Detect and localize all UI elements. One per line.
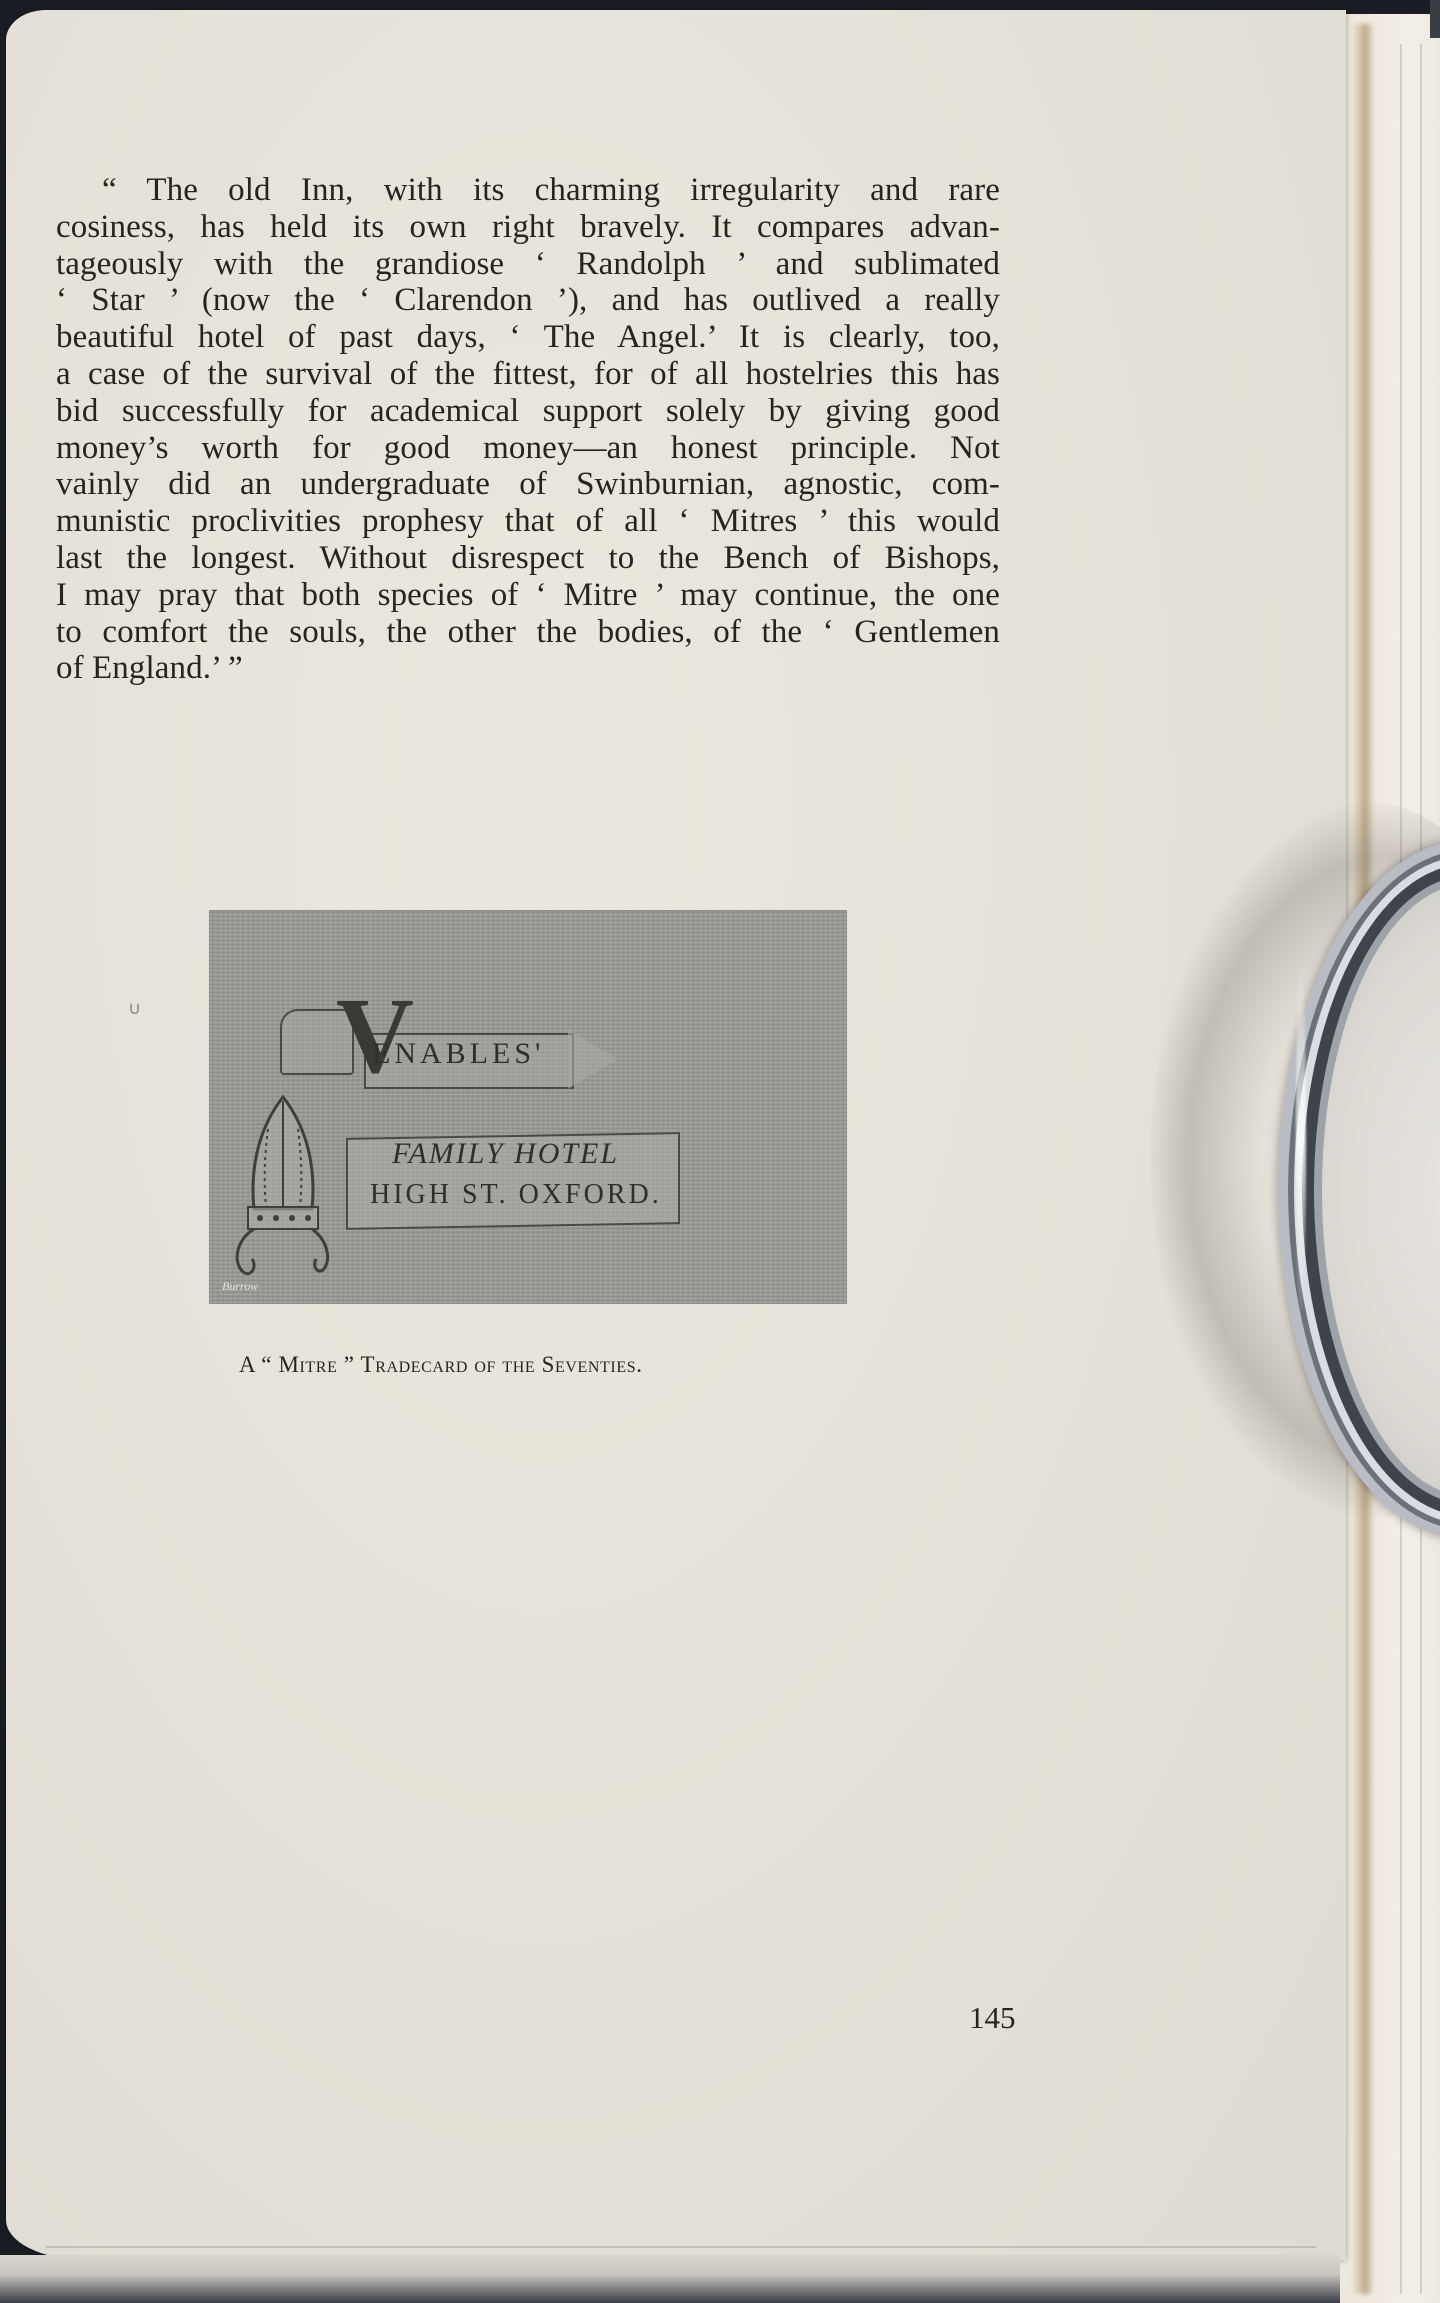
pencil-mark: ∪ <box>128 998 141 1019</box>
text-line: bid successfully for academical support … <box>56 393 1000 430</box>
text-line: of England.’ ” <box>56 650 1000 687</box>
hotel-name: ENABLES' <box>372 1037 544 1071</box>
text-line: to comfort the souls, the other the bodi… <box>56 614 1000 651</box>
text-line: beautiful hotel of past days, ‘ The Ange… <box>56 319 1000 356</box>
sign-line-1: FAMILY HOTEL <box>392 1137 619 1171</box>
scroll-banner-tail <box>568 1029 618 1089</box>
bishop-mitre-icon <box>228 1089 338 1289</box>
text-line: munistic proclivities prophesy that of a… <box>56 503 1000 540</box>
lens-glint <box>1296 960 1306 1320</box>
text-line: tageously with the grandiose ‘ Randolph … <box>56 246 1000 283</box>
engraver-signature: Burrow <box>222 1279 258 1294</box>
tradecard-illustration: V ENABLES' FAMILY HOTEL HIGH ST. OXFORD.… <box>209 910 847 1304</box>
text-line: money’s worth for good money—an honest p… <box>56 430 1000 467</box>
page-bottom-edge <box>0 2255 1340 2303</box>
sign-line-2: HIGH ST. OXFORD. <box>370 1179 662 1211</box>
text-line: “ The old Inn, with its charming irregul… <box>56 172 1000 209</box>
text-line: last the longest. Without disrespect to … <box>56 540 1000 577</box>
text-line: vainly did an undergraduate of Swinburni… <box>56 466 1000 503</box>
text-line: cosiness, has held its own right bravely… <box>56 209 1000 246</box>
photo-scene: “ The old Inn, with its charming irregul… <box>0 0 1440 2303</box>
text-line: I may pray that both species of ‘ Mitre … <box>56 577 1000 614</box>
text-line: ‘ Star ’ (now the ‘ Clarendon ’), and ha… <box>56 282 1000 319</box>
quoted-paragraph: “ The old Inn, with its charming irregul… <box>56 172 1000 687</box>
figure-caption: A “ Mitre ” Tradecard of the Seventies. <box>239 1352 643 1378</box>
text-line: a case of the survival of the fittest, f… <box>56 356 1000 393</box>
page-number: 145 <box>969 2000 1016 2036</box>
book-page: “ The old Inn, with its charming irregul… <box>6 10 1346 2260</box>
cover-corner <box>1430 0 1440 38</box>
